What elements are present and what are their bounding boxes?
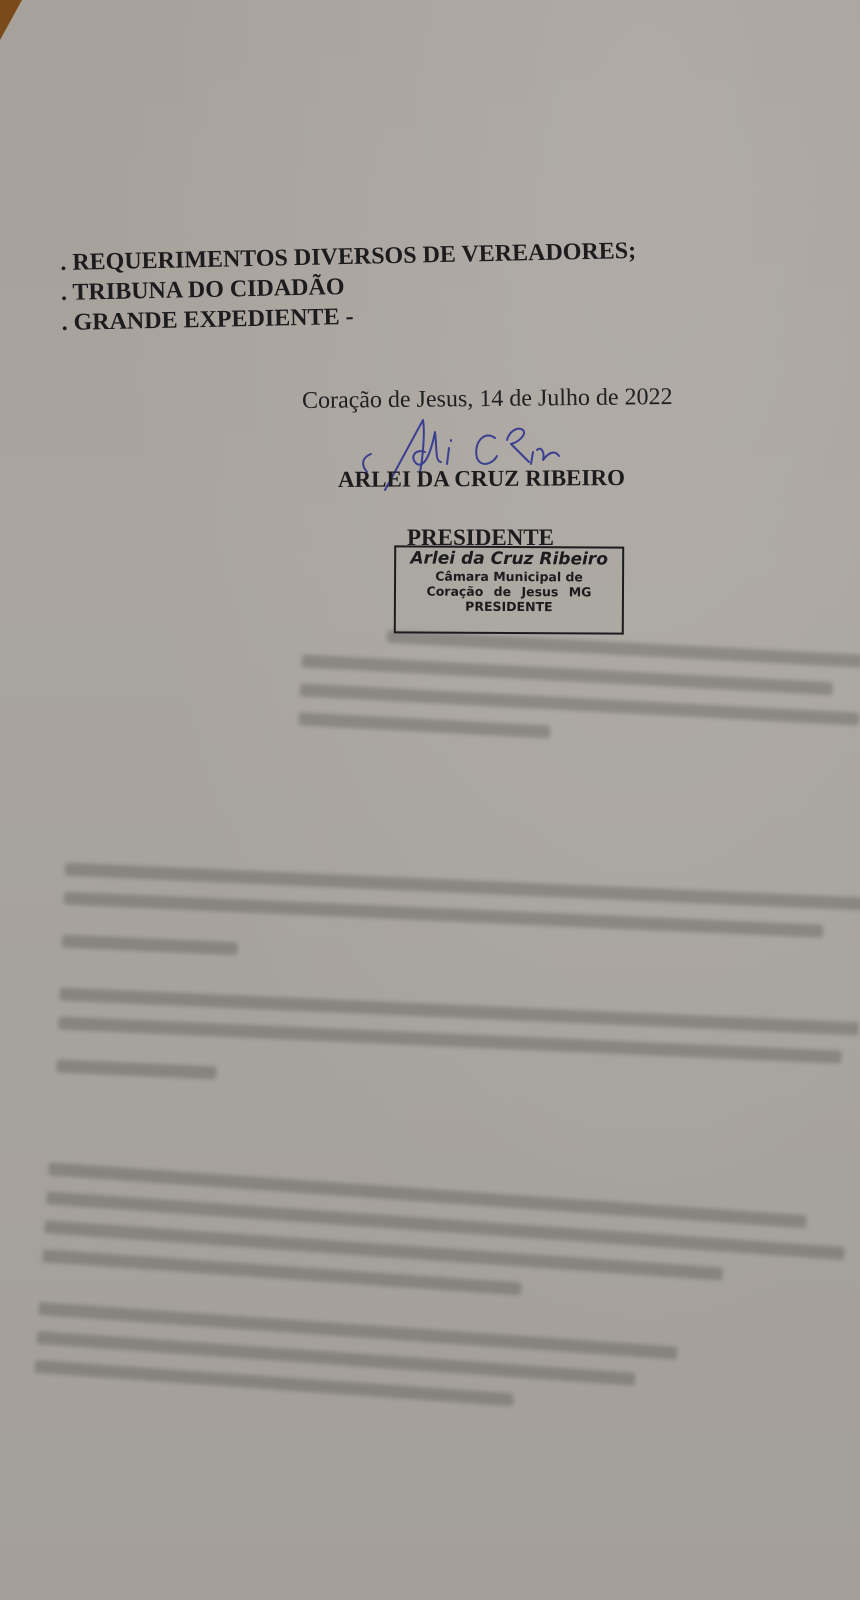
official-stamp: Arlei da Cruz Ribeiro Câmara Municipal d… bbox=[394, 545, 624, 634]
stamp-institution-line2: Coração de Jesus MG bbox=[396, 583, 622, 599]
agenda-list: . REQUERIMENTOS DIVERSOS DE VEREADORES; … bbox=[60, 236, 638, 338]
stamp-role: PRESIDENTE bbox=[396, 598, 622, 614]
place-date: Coração de Jesus, 14 de Julho de 2022 bbox=[302, 384, 673, 415]
stamp-name: Arlei da Cruz Ribeiro bbox=[396, 549, 622, 569]
stamp-institution-line1: Câmara Municipal de bbox=[396, 568, 622, 584]
signer-name: ARLEI DA CRUZ RIBEIRO bbox=[338, 465, 625, 493]
desk-corner bbox=[0, 0, 22, 40]
